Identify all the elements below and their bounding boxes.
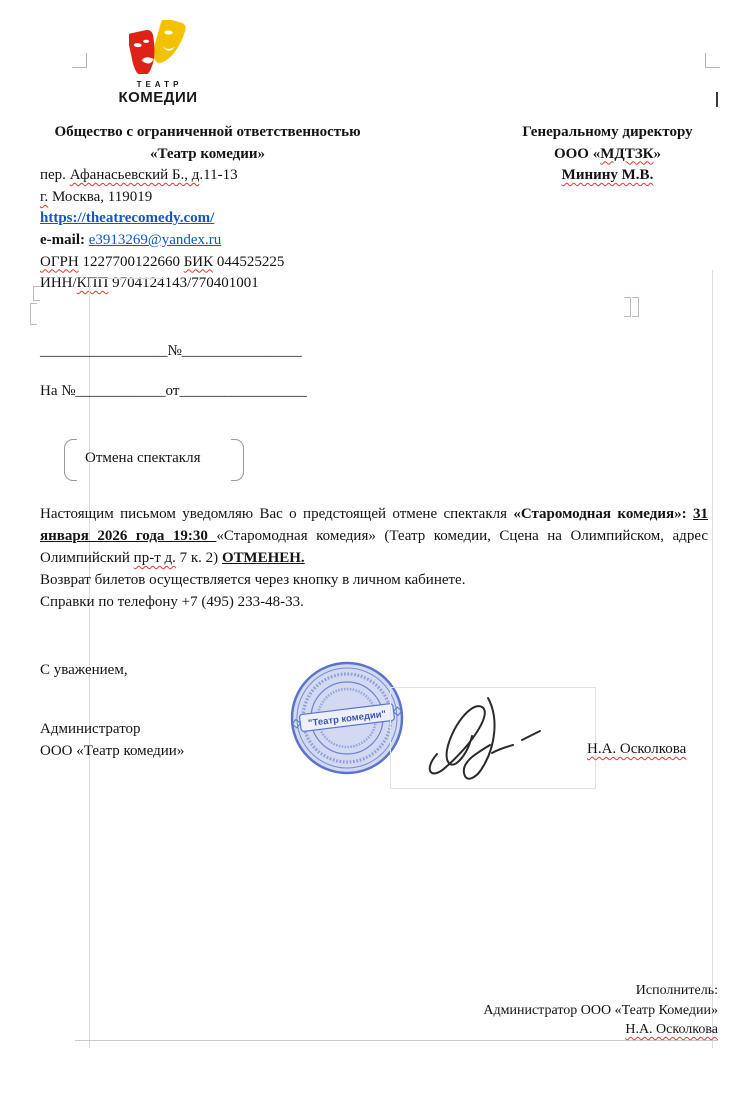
content-control-bracket bbox=[632, 297, 639, 317]
logo-text-komedii: КОМЕДИИ bbox=[105, 89, 211, 106]
sender-org-line1: Общество с ограниченной ответственностью bbox=[40, 122, 375, 144]
margin-crop-mark-left bbox=[72, 53, 87, 68]
recipient-line1: Генеральному директору bbox=[500, 122, 715, 144]
letter-page: ТЕАТР КОМЕДИИ Общество с ограниченной от… bbox=[0, 0, 742, 1100]
logo-text-teatr: ТЕАТР bbox=[105, 80, 211, 89]
closing-regards: С уважением, bbox=[40, 662, 128, 679]
margin-crop-mark-right bbox=[705, 53, 720, 68]
executor-name: Н.А. Осколкова bbox=[418, 1020, 718, 1040]
executor-role: Администратор ООО «Театр Комедии» bbox=[418, 1001, 718, 1021]
email-link[interactable]: e3913269@yandex.ru bbox=[89, 232, 222, 248]
table-top-tick bbox=[89, 278, 164, 279]
body-paragraph-main: Настоящим письмом уведомляю Вас о предст… bbox=[40, 503, 708, 569]
closing-role-line2: ООО «Театр комедии» bbox=[40, 743, 184, 760]
website-link[interactable]: https://theatrecomedy.com/ bbox=[40, 210, 214, 226]
subject-bracket-left bbox=[64, 439, 77, 481]
incoming-number-line: На №____________от_________________ bbox=[40, 383, 307, 400]
company-stamp: "Театр комедии" bbox=[287, 652, 407, 782]
recipient-line2: ООО «МДТЗК» bbox=[500, 144, 715, 166]
content-control-bracket bbox=[624, 297, 631, 317]
letter-body: Настоящим письмом уведомляю Вас о предст… bbox=[40, 503, 708, 613]
sender-address-line2: г. Москва, 119019 bbox=[40, 187, 375, 209]
table-right-border bbox=[712, 270, 713, 1048]
sender-block: Общество с ограниченной ответственностью… bbox=[40, 122, 375, 295]
content-control-bracket bbox=[30, 303, 37, 325]
recipient-block: Генеральному директору ООО «МДТЗК» Минин… bbox=[500, 122, 715, 187]
sender-org-line2: «Театр комедии» bbox=[40, 144, 375, 166]
text-cursor-mark bbox=[716, 92, 718, 107]
sender-inn-line: ИНН/КПП 9704124143/770401001 bbox=[40, 273, 375, 295]
sender-address-line1: пер. Афанасьевский Б., д.11-13 bbox=[40, 165, 375, 187]
theatre-logo: ТЕАТР КОМЕДИИ bbox=[105, 20, 211, 106]
content-control-bracket bbox=[33, 286, 40, 301]
outgoing-number-line: _________________№________________ bbox=[40, 343, 302, 360]
closing-role-line1: Администратор bbox=[40, 721, 141, 738]
sender-email-line: e-mail: e3913269@yandex.ru bbox=[40, 230, 375, 252]
body-refund-line: Возврат билетов осуществляется через кно… bbox=[40, 569, 708, 591]
signer-name: Н.А. Осколкова bbox=[587, 741, 686, 758]
executor-block: Исполнитель: Администратор ООО «Театр Ко… bbox=[418, 981, 718, 1040]
signature-image bbox=[390, 687, 596, 789]
subject-text: Отмена спектакля bbox=[85, 450, 200, 467]
sender-ogrn-line: ОГРН 1227700122660 БИК 044525225 bbox=[40, 252, 375, 274]
recipient-line3: Минину М.В. bbox=[500, 165, 715, 187]
subject-bracket-right bbox=[231, 439, 244, 481]
body-phone-line: Справки по телефону +7 (495) 233-48-33. bbox=[40, 591, 708, 613]
signature-scrawl-icon bbox=[391, 688, 595, 788]
executor-label: Исполнитель: bbox=[418, 981, 718, 1001]
table-bottom-border bbox=[75, 1040, 718, 1041]
theatre-masks-icon bbox=[129, 20, 187, 74]
sender-website-line: https://theatrecomedy.com/ bbox=[40, 208, 375, 230]
